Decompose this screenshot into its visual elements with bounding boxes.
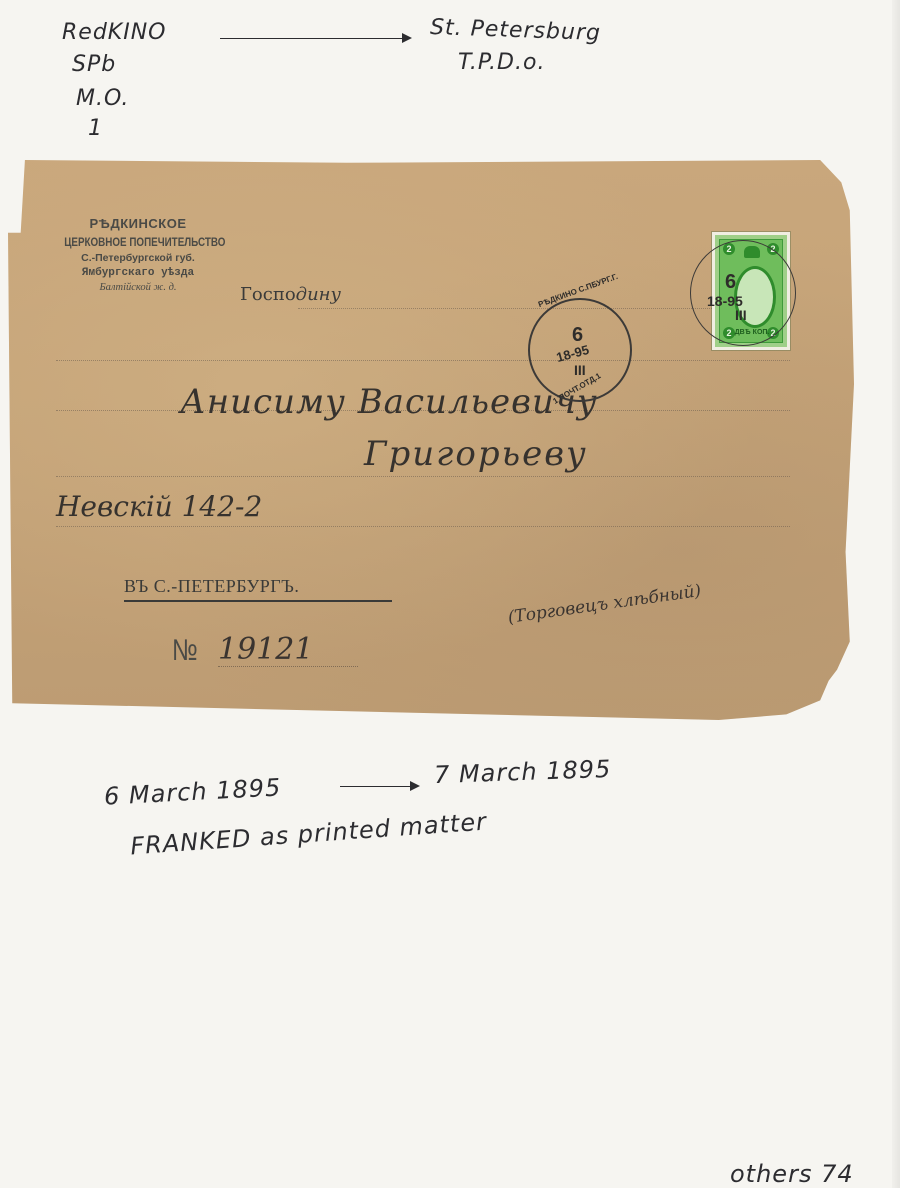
address-rule	[56, 526, 790, 527]
postmark-month: III	[574, 362, 586, 378]
annotation-destination-line-1: St. Petersburg	[430, 15, 602, 46]
salutation: Господину	[240, 284, 341, 305]
annotation-destination-line-2: T.P.D.o.	[458, 50, 545, 75]
address-line: Невскій 142-2	[56, 490, 262, 523]
route-arrow-icon	[220, 38, 410, 39]
postmark-origin: РѢДКИНО С.ПБУРГ.Г. 6 18-95 III 1 ПОЧТ.ОТ…	[528, 298, 632, 402]
sender-organization: ЦЕРКОВНОЕ ПОПЕЧИТЕЛЬСТВО	[64, 235, 212, 249]
annotation-origin-line-4: 1	[88, 116, 103, 141]
salutation-printed: Госпо	[240, 284, 296, 305]
date-arrow-icon	[340, 786, 418, 787]
annotation-date-received: 7 March 1895	[434, 755, 612, 789]
printed-sender-header: РѢДКИНСКОЕ ЦЕРКОВНОЕ ПОПЕЧИТЕЛЬСТВО С.-П…	[48, 216, 228, 293]
number-label: №	[172, 634, 198, 668]
envelope: РѢДКИНСКОЕ ЦЕРКОВНОЕ ПОПЕЧИТЕЛЬСТВО С.-П…	[8, 160, 854, 720]
annotation-origin-line-1: RedKINO	[62, 20, 166, 45]
postmark-ring-text: РѢДКИНО С.ПБУРГ.Г.	[537, 272, 619, 309]
sender-railway: Балтійской ж. д.	[48, 282, 228, 293]
postmark-month: III	[735, 307, 747, 323]
destination-underline	[124, 600, 392, 602]
address-rule	[56, 476, 790, 477]
addressee-line-1: Анисиму Васильевичу	[180, 382, 598, 422]
address-rule	[56, 360, 790, 361]
postmark-on-stamp: 6 18-95 III	[690, 240, 796, 346]
sender-province: С.-Петербургской губ.	[48, 252, 228, 264]
sender-occupation-note: (Торговецъ хлѣбный)	[507, 581, 703, 628]
annotation-origin-line-3: M.O.	[76, 86, 129, 111]
annotation-franking: FRANKED as printed matter	[129, 808, 487, 861]
salutation-handwritten: дину	[296, 284, 341, 305]
annotation-page-ref: others 74	[730, 1160, 854, 1188]
printed-destination: ВЪ С.-ПЕТЕРБУРГЪ.	[124, 576, 299, 597]
addressee-line-2: Григорьеву	[364, 434, 588, 474]
sender-district: Ямбургскаго уѣзда	[48, 267, 228, 279]
number-rule	[218, 666, 358, 667]
sender-name: РѢДКИНСКОЕ	[48, 216, 228, 231]
annotation-date-sent: 6 March 1895	[103, 773, 282, 810]
postmark-day: 6	[725, 271, 736, 294]
annotation-origin-line-2: SPb	[72, 52, 116, 77]
registry-number: 19121	[218, 632, 313, 667]
page-edge	[892, 0, 900, 1188]
